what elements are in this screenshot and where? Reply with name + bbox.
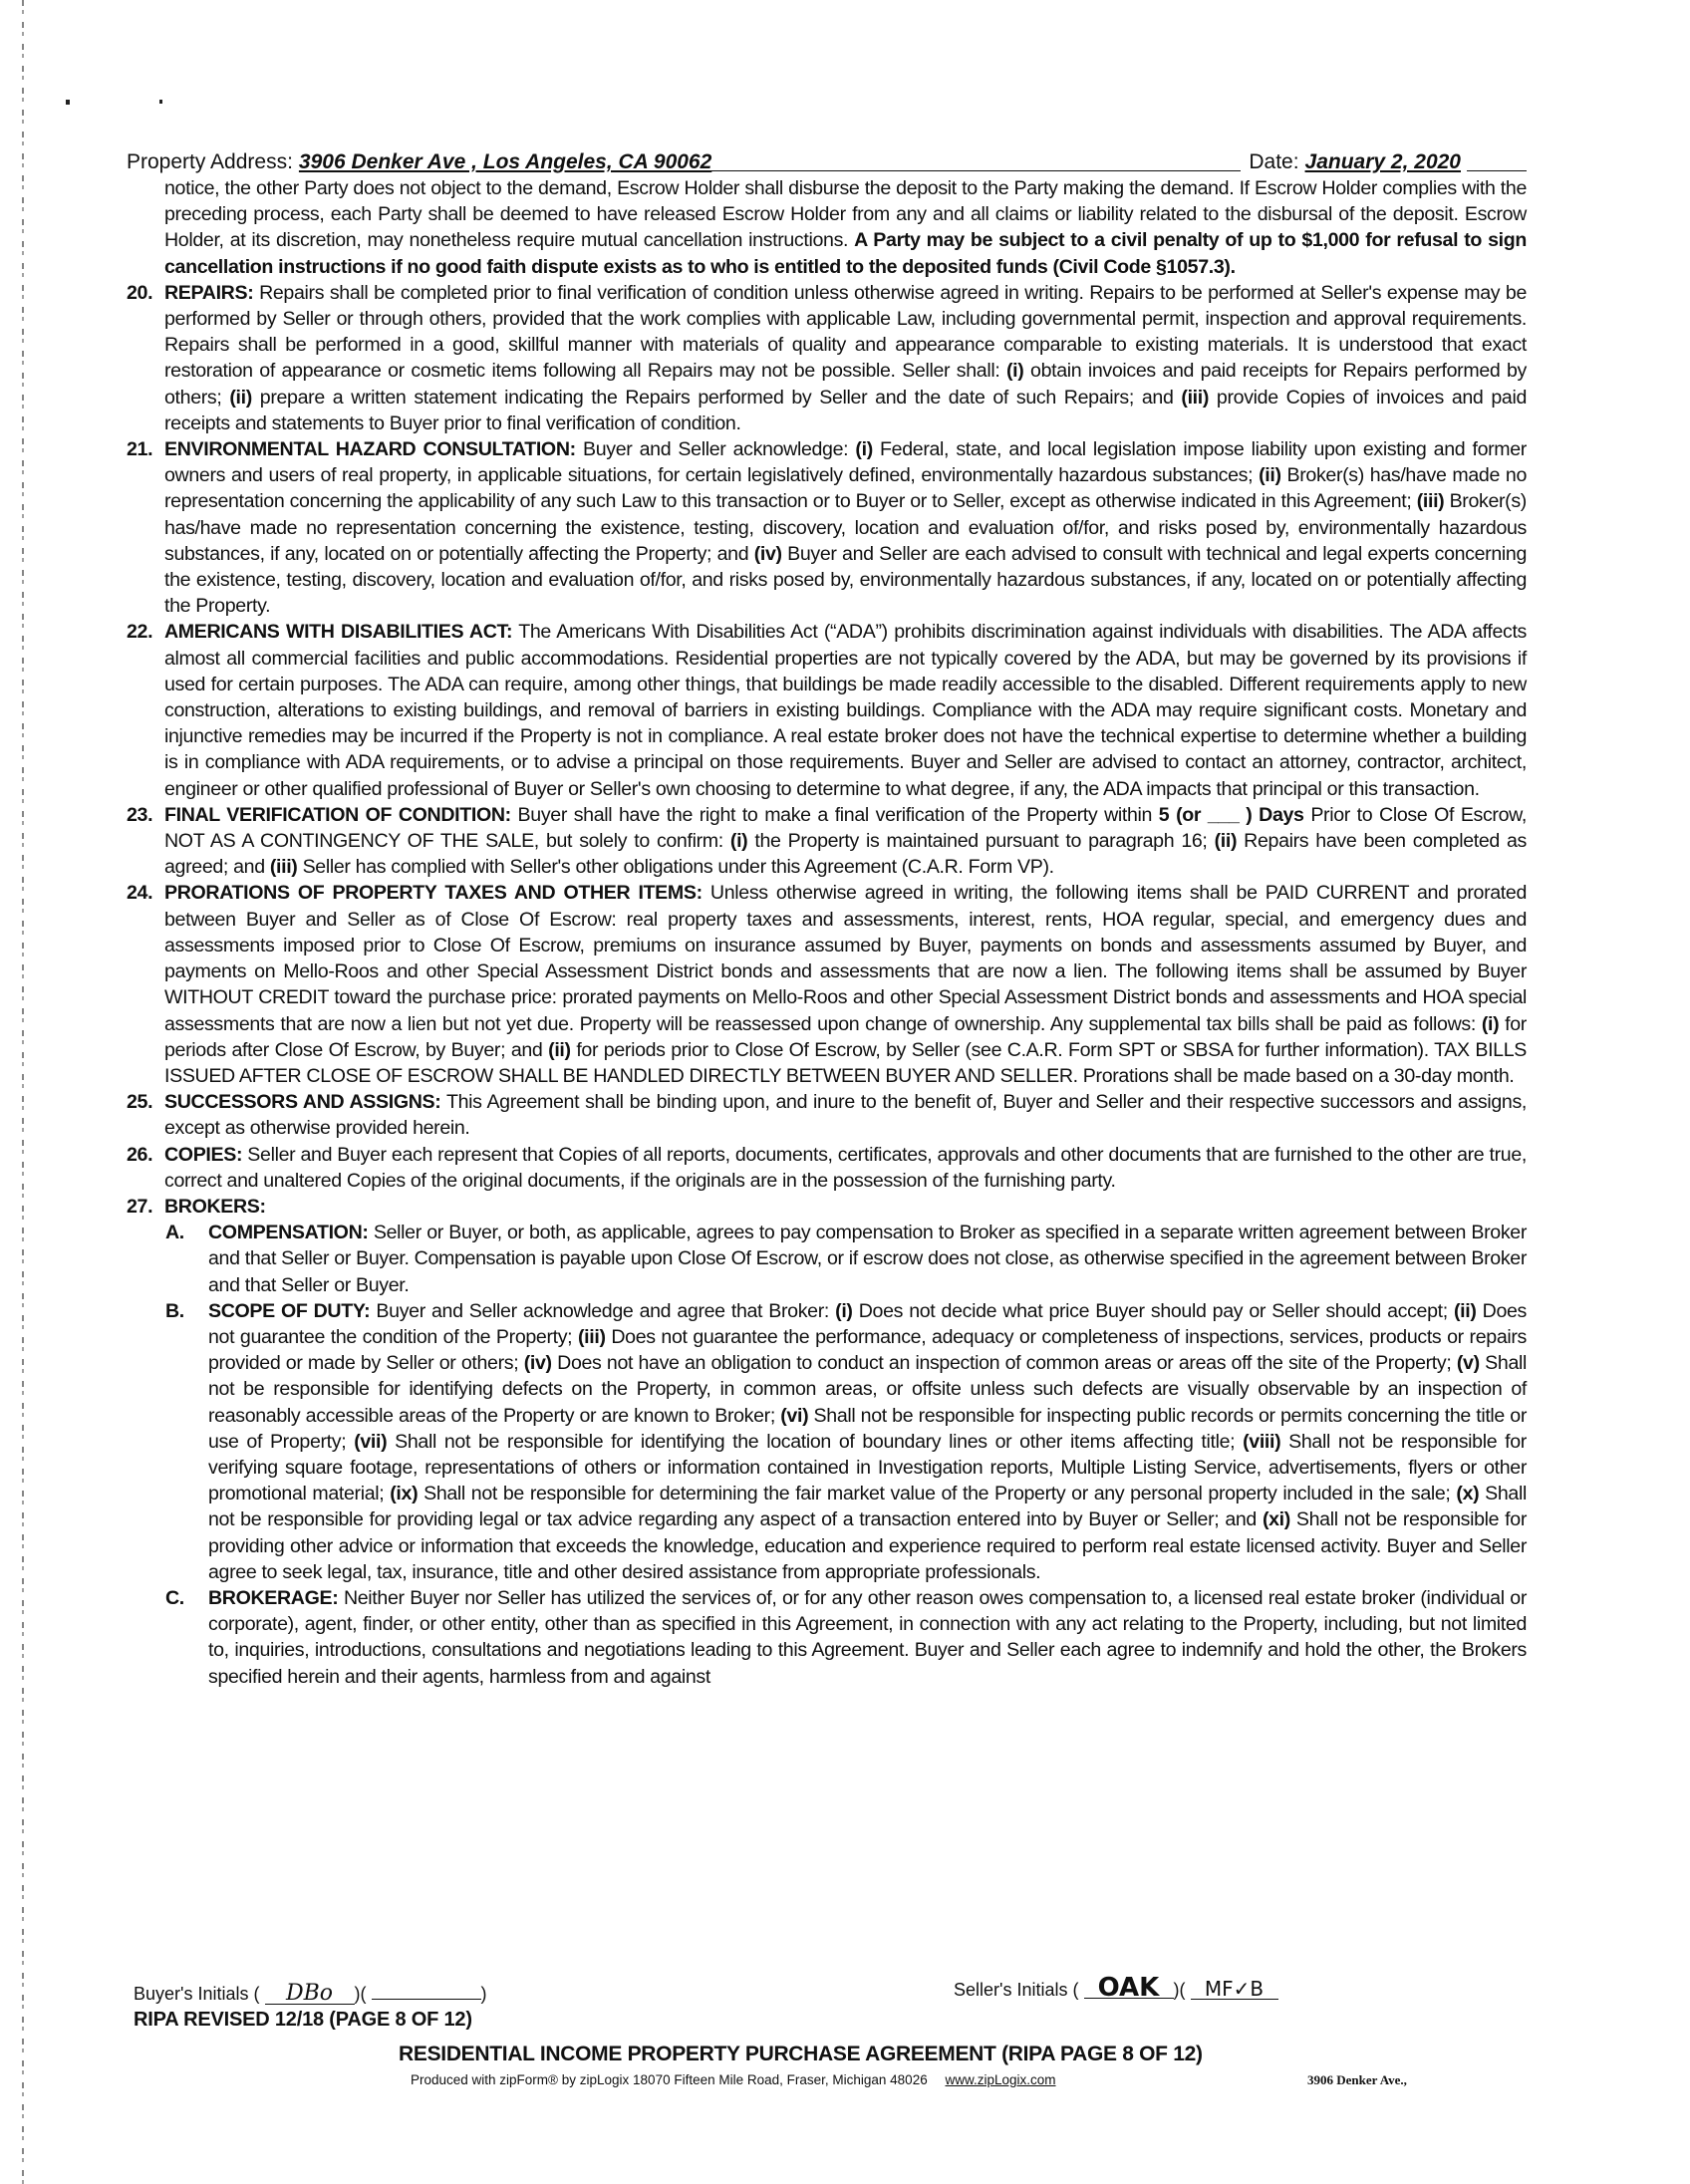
bold-marker: (iii) <box>1181 387 1209 409</box>
bold-marker: (ix) <box>390 1483 418 1504</box>
subsection-title: COMPENSATION: <box>208 1222 369 1243</box>
clause-text: Buyer shall have the right to make a fin… <box>511 804 1159 826</box>
section-26: 26.COPIES: Seller and Buyer each represe… <box>127 1142 1527 1194</box>
underline-fill <box>711 149 1241 171</box>
property-address-label: Property Address: <box>127 149 293 175</box>
bold-marker: (i) <box>855 438 872 460</box>
section-title: ENVIRONMENTAL HAZARD CONSULTATION: <box>164 438 576 460</box>
buyer-initials: Buyer's Initials ( DBo)( ) <box>134 1984 487 2005</box>
clause-text: Neither Buyer nor Seller has utilized th… <box>208 1587 1527 1688</box>
produced-by-text: Produced with zipForm® by zipLogix 18070… <box>411 2072 928 2087</box>
section-number: 26. <box>127 1142 152 1168</box>
bold-marker: (ii) <box>1454 1300 1477 1322</box>
bold-marker: (iv) <box>754 543 782 565</box>
clause-text: Does not decide what price Buyer should … <box>853 1300 1454 1322</box>
ziplogix-link[interactable]: www.zipLogix.com <box>945 2072 1055 2087</box>
section-22: 22.AMERICANS WITH DISABILITIES ACT: The … <box>127 619 1527 801</box>
subsection-title: BROKERAGE: <box>208 1587 338 1609</box>
buyer-initials-field-2[interactable] <box>372 1999 481 2000</box>
scan-speck <box>159 100 162 104</box>
clause-text: Seller and Buyer each represent that Cop… <box>164 1144 1527 1192</box>
bold-marker: (ii) <box>548 1039 571 1061</box>
page-header: Property Address: 3906 Denker Ave , Los … <box>127 149 1527 175</box>
section-title: PRORATIONS OF PROPERTY TAXES AND OTHER I… <box>164 882 703 904</box>
property-address-value: 3906 Denker Ave , Los Angeles, CA 90062 <box>299 149 711 175</box>
bold-marker: (i) <box>835 1300 852 1322</box>
continued-paragraph: notice, the other Party does not object … <box>127 175 1527 280</box>
brokers-subsection-a: A.COMPENSATION: Seller or Buyer, or both… <box>127 1220 1527 1298</box>
subsection-title: SCOPE OF DUTY: <box>208 1300 370 1322</box>
produced-by-line: Produced with zipForm® by zipLogix 18070… <box>411 2072 1056 2087</box>
bold-marker: (vii) <box>354 1431 387 1453</box>
bold-marker: (viii) <box>1243 1431 1280 1453</box>
subsection-letter: B. <box>165 1298 184 1324</box>
sections-list: 20.REPAIRS: Repairs shall be completed p… <box>127 280 1527 1220</box>
bold-marker: (ii) <box>1259 464 1281 486</box>
bold-marker: (iii) <box>578 1326 606 1348</box>
seller-initials-label: Seller's Initials ( <box>954 1980 1078 2000</box>
agreement-body: notice, the other Party does not object … <box>127 175 1527 1690</box>
initials-close: ) <box>481 1984 487 2004</box>
section-title: AMERICANS WITH DISABILITIES ACT: <box>164 621 512 643</box>
section-number: 23. <box>127 802 152 828</box>
buyer-initials-field-1[interactable]: DBo <box>265 1984 355 2005</box>
clause-text: the Property is maintained pursuant to p… <box>747 830 1214 852</box>
clause-text: prepare a written statement indicating t… <box>252 387 1182 409</box>
initials-separator: )( <box>1174 1980 1186 2000</box>
buyer-initials-label: Buyer's Initials ( <box>134 1984 259 2004</box>
section-23: 23.FINAL VERIFICATION OF CONDITION: Buye… <box>127 802 1527 881</box>
initials-row: Buyer's Initials ( DBo)( ) Seller's Init… <box>134 1978 1529 2012</box>
brokers-subsection-b: B.SCOPE OF DUTY: Buyer and Seller acknow… <box>127 1298 1527 1585</box>
section-27: 27.BROKERS: <box>127 1194 1527 1220</box>
section-25: 25.SUCCESSORS AND ASSIGNS: This Agreemen… <box>127 1089 1527 1141</box>
seller-initials-field-2[interactable]: MF✓B <box>1191 1979 1278 2000</box>
scan-speck <box>66 100 70 105</box>
bold-marker: (i) <box>1006 360 1023 382</box>
date-value: January 2, 2020 <box>1305 149 1461 175</box>
section-number: 27. <box>127 1194 152 1220</box>
bold-marker: (x) <box>1456 1483 1479 1504</box>
section-number: 24. <box>127 880 152 906</box>
date-label: Date: <box>1249 149 1298 175</box>
section-number: 21. <box>127 436 152 462</box>
section-number: 20. <box>127 280 152 306</box>
revision-label: RIPA REVISED 12/18 (PAGE 8 OF 12) <box>134 2009 472 2032</box>
scan-edge-artifact <box>22 0 24 2184</box>
clause-text: Unless otherwise agreed in writing, the … <box>164 882 1527 1034</box>
clause-text: Seller has complied with Seller's other … <box>297 856 1053 878</box>
subsection-letter: A. <box>165 1220 184 1245</box>
bold-marker: (v) <box>1457 1352 1480 1374</box>
section-title: SUCCESSORS AND ASSIGNS: <box>164 1091 440 1113</box>
brokers-subsection-c: C.BROKERAGE: Neither Buyer nor Seller ha… <box>127 1585 1527 1690</box>
section-24: 24.PRORATIONS OF PROPERTY TAXES AND OTHE… <box>127 880 1527 1089</box>
section-title: BROKERS: <box>164 1196 266 1218</box>
section-20: 20.REPAIRS: Repairs shall be completed p… <box>127 280 1527 436</box>
clause-text: Buyer and Seller acknowledge and agree t… <box>370 1300 835 1322</box>
form-title: RESIDENTIAL INCOME PROPERTY PURCHASE AGR… <box>399 2043 1203 2066</box>
bold-marker: (iii) <box>270 856 298 878</box>
section-21: 21.ENVIRONMENTAL HAZARD CONSULTATION: Bu… <box>127 436 1527 619</box>
clause-text: Seller or Buyer, or both, as applicable,… <box>208 1222 1527 1295</box>
address-stamp: 3906 Denker Ave., <box>1307 2072 1407 2088</box>
section-title: REPAIRS: <box>164 282 253 304</box>
underline-fill <box>1467 149 1527 171</box>
bold-marker: (i) <box>1482 1013 1499 1035</box>
bold-marker: (ii) <box>1215 830 1238 852</box>
seller-initials: Seller's Initials ( OAK)( MF✓B <box>954 1978 1278 2001</box>
clause-text: Does not have an obligation to conduct a… <box>552 1352 1457 1374</box>
subsection-letter: C. <box>165 1585 184 1611</box>
bold-marker: (vi) <box>780 1405 808 1427</box>
seller-initials-field-1[interactable]: OAK <box>1084 1978 1174 1999</box>
bold-marker: (ii) <box>229 387 252 409</box>
clause-text: Buyer and Seller acknowledge: <box>576 438 856 460</box>
brokers-subsections: A.COMPENSATION: Seller or Buyer, or both… <box>127 1220 1527 1690</box>
bold-marker: (xi) <box>1263 1508 1290 1530</box>
bold-marker: (iii) <box>1417 490 1445 512</box>
section-title: COPIES: <box>164 1144 242 1166</box>
bold-marker: (i) <box>730 830 747 852</box>
section-number: 25. <box>127 1089 152 1115</box>
clause-text: Shall not be responsible for identifying… <box>387 1431 1243 1453</box>
bold-marker: 5 (or ___ ) Days <box>1159 804 1304 826</box>
bold-marker: (iv) <box>524 1352 552 1374</box>
initials-separator: )( <box>355 1984 367 2004</box>
section-title: FINAL VERIFICATION OF CONDITION: <box>164 804 511 826</box>
section-number: 22. <box>127 619 152 645</box>
clause-text: The Americans With Disabilities Act (“AD… <box>164 621 1527 799</box>
clause-text: Shall not be responsible for determining… <box>418 1483 1456 1504</box>
